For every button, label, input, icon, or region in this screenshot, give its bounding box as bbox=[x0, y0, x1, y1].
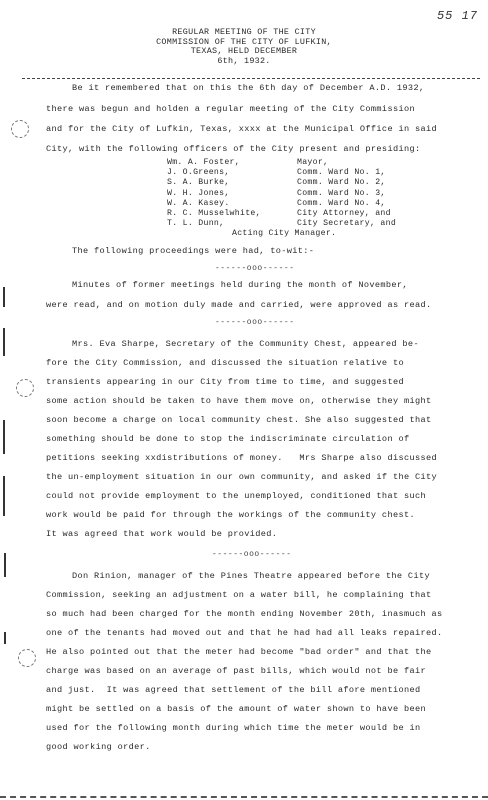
text-line: could not provide employment to the unem… bbox=[46, 491, 426, 501]
text-line: He also pointed out that the meter had b… bbox=[46, 647, 432, 657]
text-line: and for the City of Lufkin, Texas, xxxx … bbox=[46, 124, 437, 134]
text-line: one of the tenants had moved out and tha… bbox=[46, 628, 443, 638]
margin-mark bbox=[3, 476, 5, 516]
section-separator: ------ooo------ bbox=[215, 318, 295, 327]
punch-hole-icon bbox=[11, 120, 29, 138]
punch-hole-icon bbox=[16, 379, 34, 397]
officer-title: Comm. Ward No. 3, bbox=[297, 189, 386, 199]
officer-row: T. L. Dunn,City Secretary, and bbox=[167, 219, 396, 229]
officer-row: W. A. Kasey.Comm. Ward No. 4, bbox=[167, 199, 396, 209]
officer-row: R. C. Musselwhite,City Attorney, and bbox=[167, 209, 396, 219]
text-line: City, with the following officers of the… bbox=[46, 144, 420, 154]
punch-hole-icon bbox=[18, 649, 36, 667]
officer-name: T. L. Dunn, bbox=[167, 219, 297, 229]
officer-title: City Attorney, and bbox=[297, 209, 391, 219]
text-line: Minutes of former meetings held during t… bbox=[72, 280, 408, 290]
text-line: some action should be taken to have them… bbox=[46, 396, 432, 406]
text-line: might be settled on a basis of the amoun… bbox=[46, 704, 426, 714]
text-line: the un-employment situation in our own c… bbox=[46, 472, 437, 482]
officer-title: Comm. Ward No. 1, bbox=[297, 168, 386, 178]
acting-title: Acting City Manager. bbox=[232, 229, 336, 238]
scan-edge bbox=[0, 792, 488, 798]
officer-row: Wm. A. Foster,Mayor, bbox=[167, 158, 396, 168]
text-line: good working order. bbox=[46, 742, 151, 752]
text-line: work would be paid for through the worki… bbox=[46, 510, 415, 520]
text-line: Mrs. Eva Sharpe, Secretary of the Commun… bbox=[72, 339, 419, 349]
text-line: so much had been charged for the month e… bbox=[46, 609, 443, 619]
officer-name: S. A. Burke, bbox=[167, 178, 297, 188]
section-separator: ------ooo------ bbox=[215, 264, 295, 273]
text-line: Don Rinion, manager of the Pines Theatre… bbox=[72, 571, 430, 581]
dashed-divider bbox=[22, 78, 480, 79]
text-line: charge was based on an average of past b… bbox=[46, 666, 426, 676]
officer-row: S. A. Burke,Comm. Ward No. 2, bbox=[167, 178, 396, 188]
proceedings-intro: The following proceedings were had, to-w… bbox=[72, 246, 314, 256]
officer-title: Comm. Ward No. 2, bbox=[297, 178, 386, 188]
officer-name: Wm. A. Foster, bbox=[167, 158, 297, 168]
margin-mark bbox=[4, 553, 6, 577]
officer-title: City Secretary, and bbox=[297, 219, 396, 229]
text-line: transients appearing in our City from ti… bbox=[46, 377, 404, 387]
text-line: and just. It was agreed that settlement … bbox=[46, 685, 420, 695]
officer-name: J. O.Greens, bbox=[167, 168, 297, 178]
margin-mark bbox=[3, 287, 5, 307]
officer-title: Comm. Ward No. 4, bbox=[297, 199, 386, 209]
officer-name: W. A. Kasey. bbox=[167, 199, 297, 209]
text-line: Be it remembered that on this the 6th da… bbox=[72, 83, 424, 93]
officer-row: W. H. Jones,Comm. Ward No. 3, bbox=[167, 189, 396, 199]
text-line: petitions seeking xxdistributions of mon… bbox=[46, 453, 437, 463]
officers-list: Wm. A. Foster,Mayor, J. O.Greens,Comm. W… bbox=[167, 158, 396, 229]
text-line: fore the City Commission, and discussed … bbox=[46, 358, 404, 368]
officer-name: W. H. Jones, bbox=[167, 189, 297, 199]
document-page: 55 17 REGULAR MEETING OF THE CITY COMMIS… bbox=[0, 0, 488, 800]
officer-title: Mayor, bbox=[297, 158, 328, 168]
page-number: 55 17 bbox=[437, 9, 478, 23]
text-line: Commission, seeking an adjustment on a w… bbox=[46, 590, 432, 600]
text-line: something should be done to stop the ind… bbox=[46, 434, 409, 444]
text-line: It was agreed that work would be provide… bbox=[46, 529, 277, 539]
text-line: soon become a charge on local community … bbox=[46, 415, 432, 425]
text-line: there was begun and holden a regular mee… bbox=[46, 104, 415, 114]
section-separator: ------ooo------ bbox=[212, 550, 292, 559]
document-title: REGULAR MEETING OF THE CITY COMMISSION O… bbox=[0, 28, 488, 66]
text-line: used for the following month during whic… bbox=[46, 723, 420, 733]
title-line: 6th, 1932. bbox=[0, 57, 488, 67]
margin-mark bbox=[3, 328, 5, 356]
text-line: were read, and on motion duly made and c… bbox=[46, 300, 432, 310]
margin-mark bbox=[3, 420, 5, 454]
officer-row: J. O.Greens,Comm. Ward No. 1, bbox=[167, 168, 396, 178]
margin-mark bbox=[4, 632, 6, 644]
officer-name: R. C. Musselwhite, bbox=[167, 209, 297, 219]
